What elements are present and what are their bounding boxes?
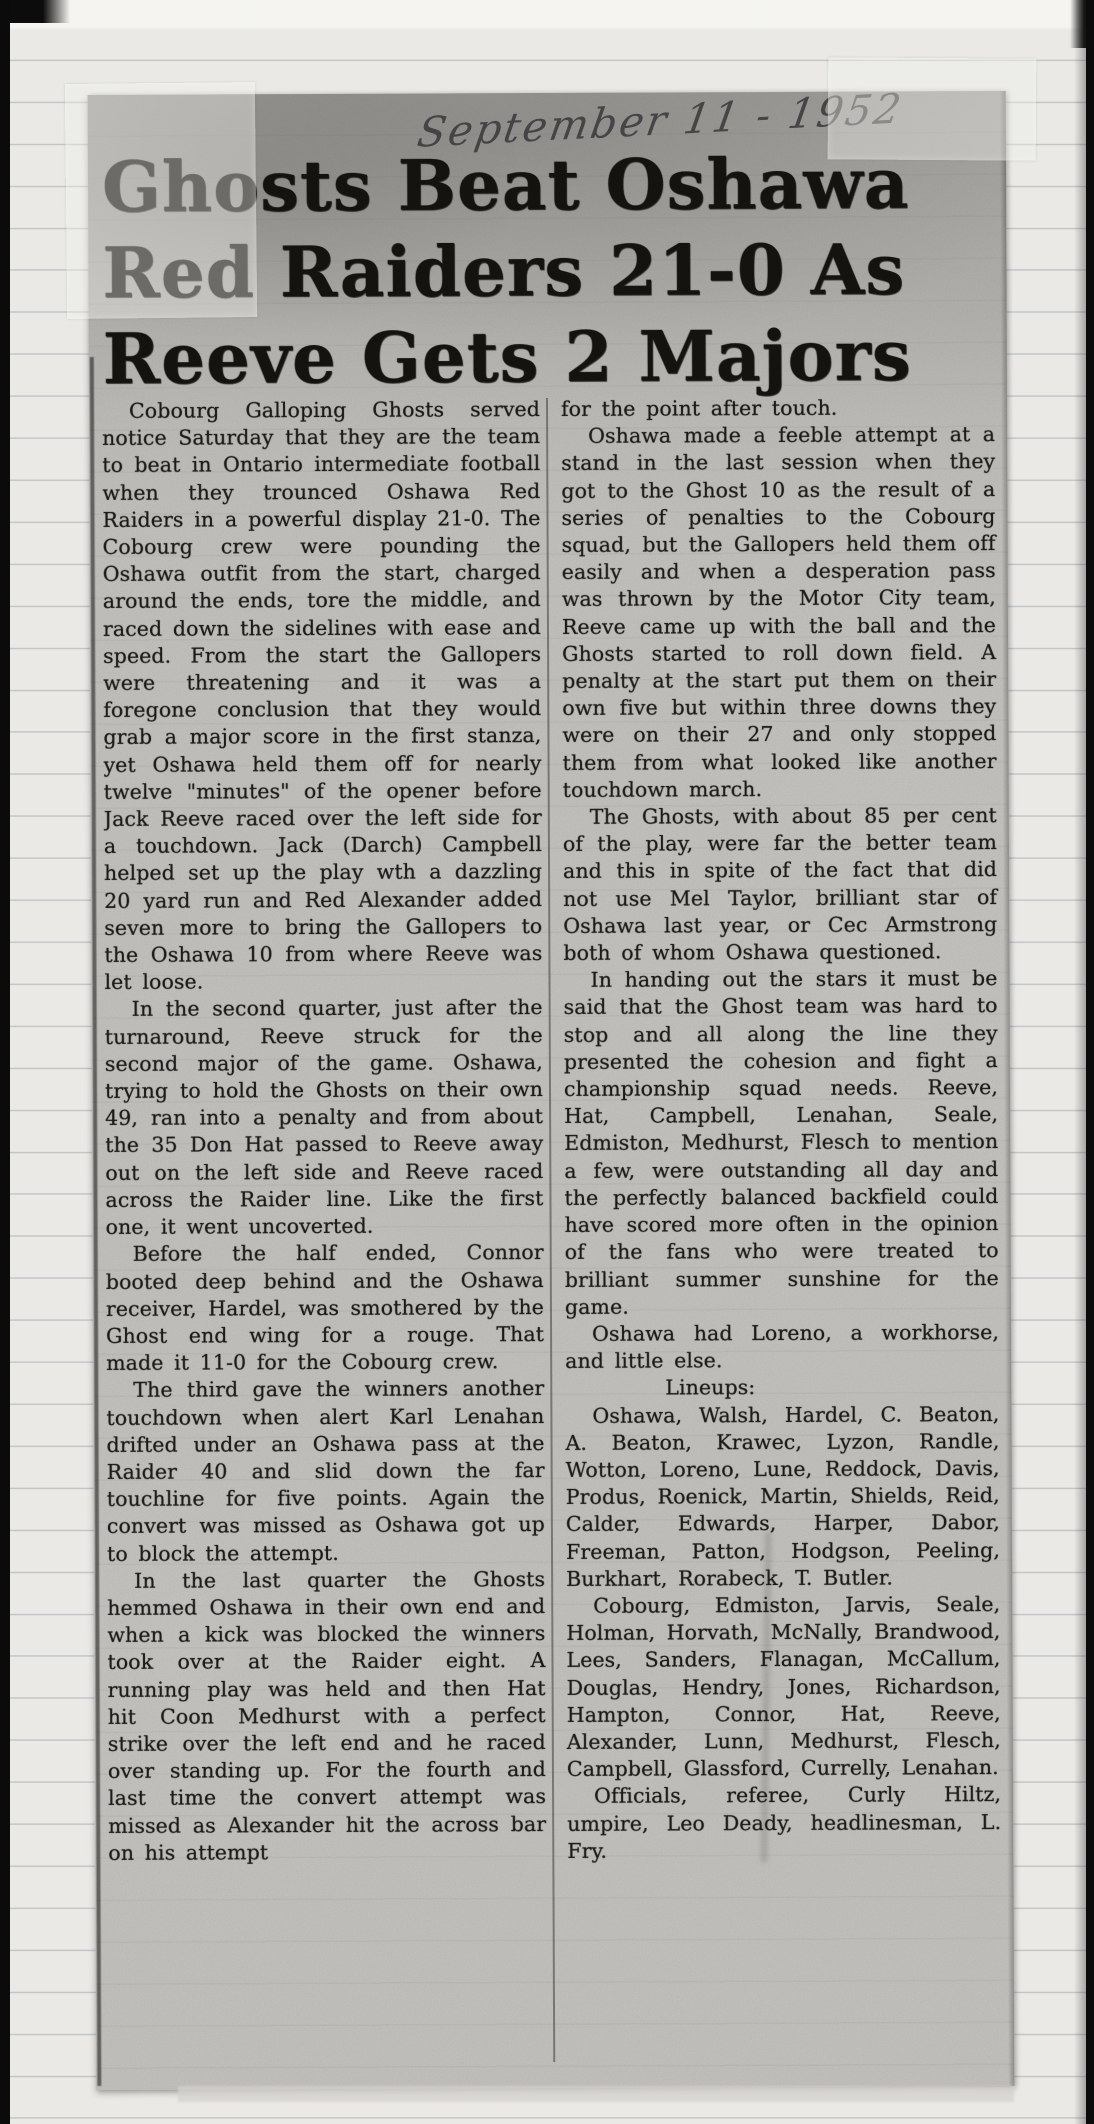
paragraph: Oshawa had Loreno, a workhorse, and litt… bbox=[565, 1319, 999, 1375]
article-column-left: Cobourg Galloping Ghosts served notice S… bbox=[102, 396, 553, 2086]
newspaper-clipping: September 11 - 1952 Ghosts Beat Oshawa R… bbox=[88, 91, 1015, 2090]
paragraph: Oshawa, Walsh, Hardel, C. Beaton, A. Bea… bbox=[565, 1401, 1000, 1593]
paragraph: Before the half ended, Connor booted dee… bbox=[106, 1239, 545, 1377]
paragraph: Oshawa made a feeble attempt at a stand … bbox=[561, 421, 997, 804]
paragraph: Officials, referee, Curly Hiltz, umpire,… bbox=[567, 1781, 1001, 1865]
paragraph: for the point after touch. bbox=[561, 394, 995, 423]
paragraph: In the last quarter the Ghosts hemmed Os… bbox=[107, 1566, 546, 1867]
article-body: Cobourg Galloping Ghosts served notice S… bbox=[102, 394, 1005, 2086]
clipping-bottom-shadow-strip bbox=[178, 2086, 1014, 2102]
paragraph: The third gave the winners another touch… bbox=[106, 1375, 545, 1567]
paragraph: In handing out the stars it must be said… bbox=[563, 965, 999, 1321]
headline-line-1: Ghosts Beat Oshawa bbox=[102, 141, 998, 231]
headline-line-2: Red Raiders 21-0 As bbox=[102, 227, 998, 317]
headline-line-3: Reeve Gets 2 Majors bbox=[103, 313, 999, 403]
scan-edge-smudge-top-left bbox=[10, 0, 70, 23]
paragraph: Lineups: bbox=[565, 1373, 999, 1402]
paragraph: Cobourg, Edmiston, Jarvis, Seale, Holman… bbox=[566, 1591, 1001, 1783]
paragraph: The Ghosts, with about 85 per cent of th… bbox=[563, 802, 998, 967]
paragraph: In the second quarter, just after the tu… bbox=[105, 995, 544, 1242]
article-column-right: for the point after touch.Oshawa made a … bbox=[548, 394, 1002, 2084]
paragraph: Cobourg Galloping Ghosts served notice S… bbox=[102, 396, 543, 996]
page-edge-shadow bbox=[1074, 0, 1086, 2124]
headline: Ghosts Beat Oshawa Red Raiders 21-0 As R… bbox=[102, 141, 999, 403]
scanned-scrapbook-page: September 11 - 1952 Ghosts Beat Oshawa R… bbox=[0, 0, 1094, 2124]
